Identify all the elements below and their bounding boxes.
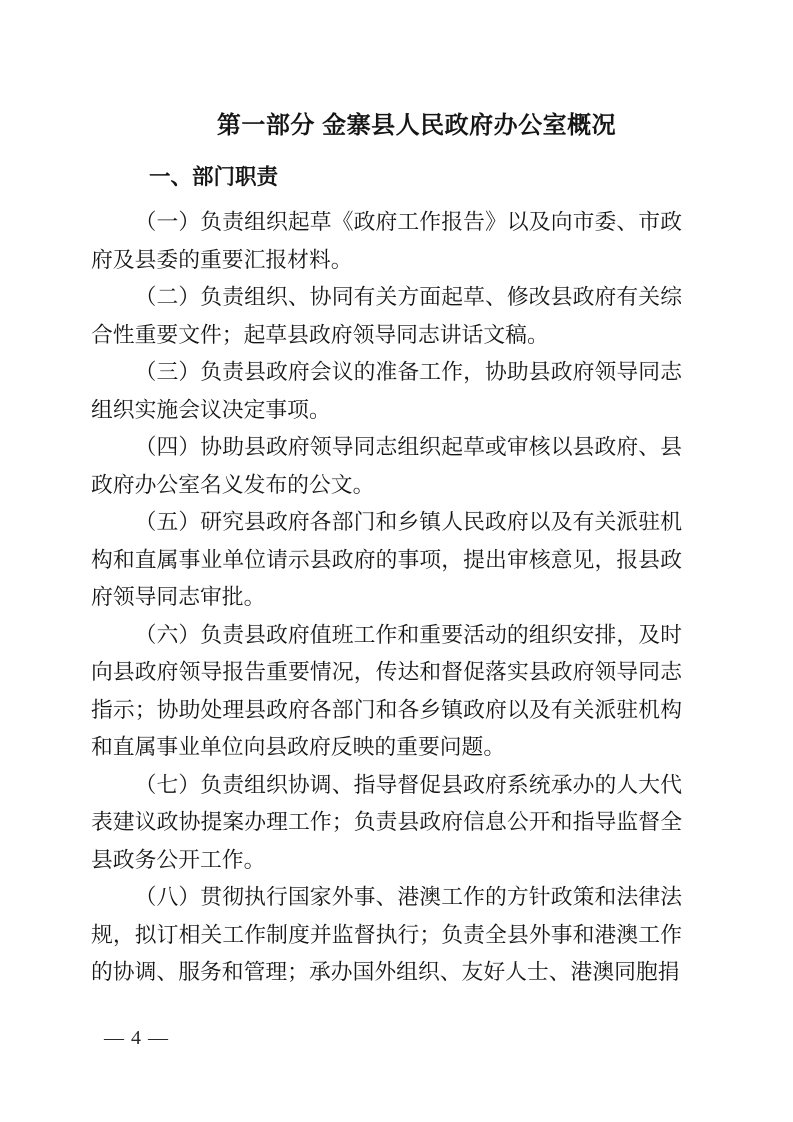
paragraph: （一）负责组织起草《政府工作报告》以及向市委、市政府及县委的重要汇报材料。 [91,204,682,279]
paragraph: （四）协助县政府领导同志组织起草或审核以县政府、县政府办公室名义发布的公文。 [91,429,682,504]
paragraph: （五）研究县政府各部门和乡镇人民政府以及有关派驻机构和直属事业单位请示县政府的事… [91,504,682,617]
page-number: — 4 — [104,1027,169,1050]
section-heading: 一、部门职责 [149,164,682,190]
page-title: 第一部分 金寨县人民政府办公室概况 [121,109,712,142]
paragraph: （八）贯彻执行国家外事、港澳工作的方针政策和法律法规，拟订相关工作制度并监督执行… [91,879,682,992]
paragraph: （六）负责县政府值班工作和重要活动的组织安排，及时向县政府领导报告重要情况，传达… [91,617,682,767]
paragraph: （三）负责县政府会议的准备工作，协助县政府领导同志组织实施会议决定事项。 [91,354,682,429]
document-page: 第一部分 金寨县人民政府办公室概况 一、部门职责 （一）负责组织起草《政府工作报… [0,0,793,1122]
paragraph: （七）负责组织协调、指导督促县政府系统承办的人大代表建议政协提案办理工作；负责县… [91,767,682,880]
document-body: （一）负责组织起草《政府工作报告》以及向市委、市政府及县委的重要汇报材料。（二）… [91,204,682,992]
paragraph: （二）负责组织、协同有关方面起草、修改县政府有关综合性重要文件；起草县政府领导同… [91,279,682,354]
document-content: 第一部分 金寨县人民政府办公室概况 一、部门职责 （一）负责组织起草《政府工作报… [0,0,793,992]
